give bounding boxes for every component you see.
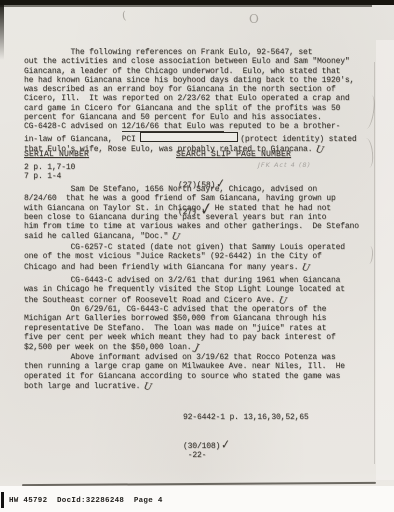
- handwritten-checkmark: ✓: [221, 439, 230, 451]
- reference-line: 92-6442-1 p. 13,16,30,52,65: [183, 413, 309, 422]
- scan-artifact-mark: O: [249, 12, 259, 26]
- page-number: -22-: [0, 451, 394, 460]
- serial-row: 7 p. 1-4: [24, 172, 61, 181]
- search-slip-values: (27)(58)✓ (27)✓: [178, 160, 225, 236]
- jfk-act-stamp: JFK Act 4 (8): [258, 161, 311, 169]
- footer-edge-tick: [1, 492, 4, 508]
- search-slip-page-number: (27)(58): [178, 181, 215, 190]
- paragraph-juice-rackets: CG-6257-C stated (date not given) that S…: [24, 243, 386, 272]
- scanned-document-page: ( O The following references on Frank Eu…: [0, 0, 394, 512]
- handwritten-checkmark: ✓: [200, 203, 212, 216]
- paragraph-frank-eulo: The following references on Frank Eulo, …: [24, 48, 386, 154]
- body-text: CG-6257-C stated (date not given) that S…: [24, 243, 345, 272]
- paragraph-stop-light: CG-6443-C advised on 3/2/61 that during …: [24, 276, 386, 305]
- serial-number-header: SERIAL NUMBER: [24, 150, 89, 159]
- body-text: CG-6443-C advised on 3/2/61 that during …: [24, 276, 345, 305]
- reviewer-mark: U: [301, 262, 311, 273]
- search-slip-header: SEARCH SLIP PAGE NUMBER: [176, 150, 291, 159]
- paragraph-michigan-art: On 6/29/61, CG-6443-C advised that the o…: [24, 305, 386, 352]
- serial-rows: 2 p. 1,7-10 7 p. 1-4: [24, 163, 75, 182]
- body-text: On 6/29/61, CG-6443-C advised that the o…: [24, 305, 336, 352]
- search-slip-row: (27)✓: [178, 208, 225, 217]
- footer-docid-text: HW 45792 DocId:32286248 Page 4: [9, 497, 163, 505]
- search-slip-page-number: (27): [178, 208, 197, 217]
- scan-artifact-mark: (: [121, 9, 127, 22]
- reviewer-mark: J: [194, 343, 200, 353]
- redaction-box: [140, 132, 238, 142]
- paragraph-rocco-potenza: Above informant advised on 3/19/62 that …: [24, 353, 386, 391]
- left-scan-edge: [0, 0, 4, 60]
- reviewer-mark: U: [143, 382, 153, 393]
- body-text: The following references on Frank Eulo, …: [24, 48, 354, 131]
- reviewer-mark: U: [315, 145, 325, 156]
- handwritten-checkmark: ✓: [216, 177, 225, 189]
- serial-row: 2 p. 1,7-10: [24, 163, 75, 172]
- top-scan-bar-shadow: [0, 5, 372, 7]
- reference-serial: 92-6442-1 p. 13,16,30,52,65: [183, 413, 309, 422]
- body-text: Above informant advised on 3/19/62 that …: [24, 353, 345, 391]
- search-slip-row: (27)(58)✓: [178, 179, 225, 190]
